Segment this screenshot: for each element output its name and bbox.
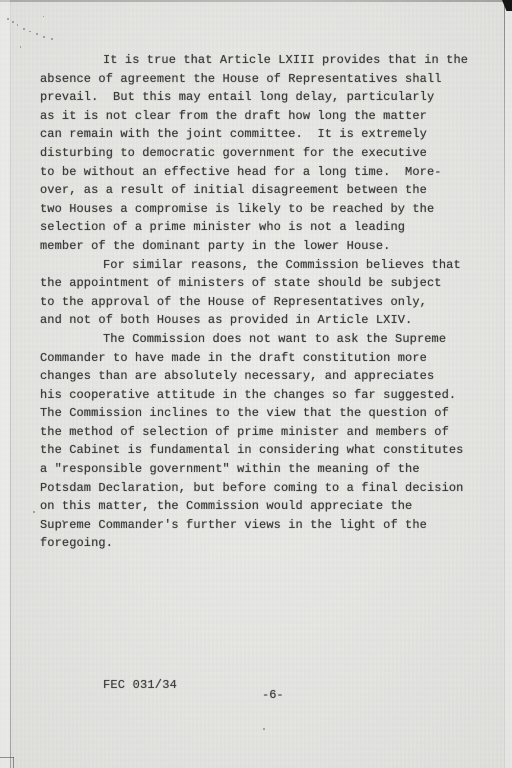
text-line: to be without an effective head for a lo… xyxy=(40,163,472,182)
scan-top-edge xyxy=(0,0,512,2)
text-line: Potsdam Declaration, but before coming t… xyxy=(40,479,472,498)
speckle-mark xyxy=(36,33,38,35)
text-line: prevail. But this may entail long delay,… xyxy=(40,88,472,107)
speckle-mark xyxy=(51,38,53,40)
speckle-mark xyxy=(23,28,25,30)
speckle-mark xyxy=(20,46,21,48)
text-line: to the approval of the House of Represen… xyxy=(40,293,472,312)
page-number: -6- xyxy=(262,688,284,702)
document-text: It is true that Article LXIII provides t… xyxy=(40,51,472,553)
text-line: on this matter, the Commission would app… xyxy=(40,497,472,516)
text-line: It is true that Article LXIII provides t… xyxy=(40,51,472,70)
speckle-mark xyxy=(263,728,265,730)
text-line: The Commission inclines to the view that… xyxy=(40,404,472,423)
text-line: selection of a prime minister who is not… xyxy=(40,218,472,237)
text-line: Commander to have made in the draft cons… xyxy=(40,349,472,368)
text-line: changes than are absolutely necessary, a… xyxy=(40,367,472,386)
speckle-mark xyxy=(33,511,35,513)
speckle-mark xyxy=(12,21,14,23)
text-line: as it is not clear from the draft how lo… xyxy=(40,107,472,126)
text-line: member of the dominant party in the lowe… xyxy=(40,237,472,256)
text-line: the method of selection of prime ministe… xyxy=(40,423,472,442)
text-line: The Commission does not want to ask the … xyxy=(40,330,472,349)
scan-left-margin xyxy=(0,0,10,768)
speckle-mark xyxy=(29,31,31,32)
text-line: a "responsible government" within the me… xyxy=(40,460,472,479)
text-line: can remain with the joint committee. It … xyxy=(40,125,472,144)
text-line: For similar reasons, the Commission beli… xyxy=(40,256,472,275)
text-line: disturbing to democratic government for … xyxy=(40,144,472,163)
text-line: over, as a result of initial disagreemen… xyxy=(40,181,472,200)
text-line: the appointment of ministers of state sh… xyxy=(40,274,472,293)
paper-left-edge-line xyxy=(10,0,11,768)
text-line: Supreme Commander's further views in the… xyxy=(40,516,472,535)
text-line: absence of agreement the House of Repres… xyxy=(40,70,472,89)
speckle-mark xyxy=(17,24,18,26)
bottom-left-corner-mark xyxy=(13,757,14,768)
scan-right-margin xyxy=(505,0,512,768)
speckle-mark xyxy=(7,18,9,20)
document-reference: FEC 031/34 xyxy=(103,678,177,692)
speckle-mark xyxy=(43,36,45,38)
text-line: two Houses a compromise is likely to be … xyxy=(40,200,472,219)
scanned-document-page: It is true that Article LXIII provides t… xyxy=(0,0,512,768)
text-line: foregoing. xyxy=(40,534,472,553)
bottom-left-corner-mark xyxy=(0,757,14,758)
speckle-mark xyxy=(43,16,44,17)
text-line: his cooperative attitude in the changes … xyxy=(40,386,472,405)
paper-right-edge-line xyxy=(504,0,505,768)
text-line: and not of both Houses as provided in Ar… xyxy=(40,311,472,330)
text-line: the Cabinet is fundamental in considerin… xyxy=(40,441,472,460)
